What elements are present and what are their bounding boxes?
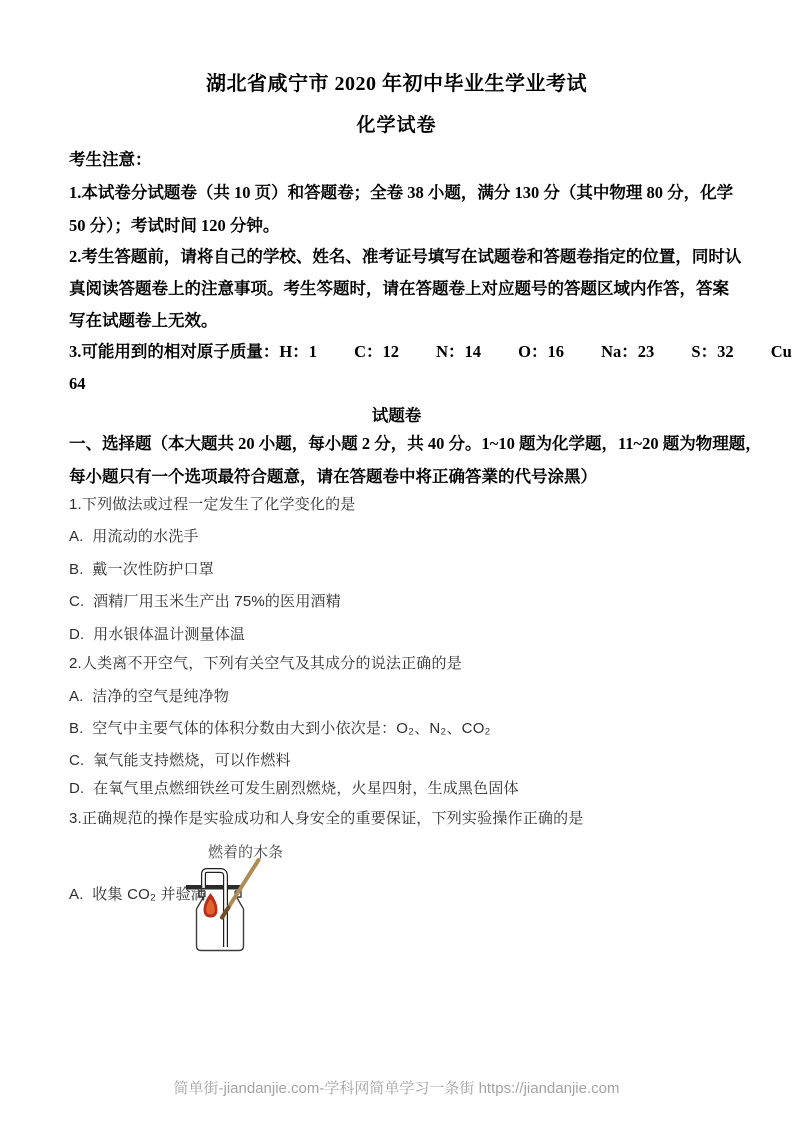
page-title: 湖北省咸宁市 2020 年初中毕业生学业考试	[0, 72, 793, 97]
question2-stem: 2.人类离不开空气，下列有关空气及其成分的说法正确的是	[69, 655, 462, 674]
exam-paper-page: 湖北省咸宁市 2020 年初中毕业生学业考试 化学试卷 考生注意： 1.本试卷分…	[0, 0, 793, 1122]
question1-option-a: A. 用流动的水洗手	[69, 528, 199, 547]
question3-option-a-label: A. 收集 CO₂ 并验满	[69, 886, 206, 905]
gas-collection-diagram	[180, 853, 305, 959]
notice-item1-line1: 1.本试卷分试题卷（共 10 页）和答题卷；全卷 38 小题，满分 130 分（…	[69, 183, 733, 204]
question2-option-b: B. 空气中主要气体的体积分数由大到小依次是：O₂、N₂、CO₂	[69, 720, 491, 739]
section-label: 试题卷	[0, 406, 793, 427]
question1-option-d: D. 用水银体温计测量体温	[69, 626, 245, 645]
notice-item1-line2: 50 分）；考试时间 120 分钟。	[69, 216, 279, 237]
page-subtitle: 化学试卷	[0, 114, 793, 138]
notice-item3-line2: 64	[69, 374, 86, 395]
notice-item2-line2: 真阅读答题卷上的注意事项。考生笒题时，请在答题卷上对应题号的答题区域内作答，答案	[69, 279, 729, 300]
site-watermark: 简单街-jiandanjie.com-学科网简单学习一条街 https://ji…	[0, 1077, 793, 1098]
question2-option-c: C. 氧气能支持燃烧，可以作燃料	[69, 752, 291, 771]
section1-heading-line1: 一、选择题（本大题共 20 小题，每小题 2 分，共 40 分。1~10 题为化…	[69, 434, 762, 455]
notice-heading: 考生注意：	[69, 150, 152, 171]
section1-heading-line2: 每小题只有一个选项最符合题意，请在答题卷中将正确答業的代号涂黑）	[69, 467, 597, 488]
question1-stem: 1.下列做法或过程一定发生了化学变化的是	[69, 496, 356, 515]
notice-item2-line1: 2.考生答题前，请将自己的学校、姓名、准考证号填写在试题卷和答题卷指定的位置，同…	[69, 247, 741, 268]
question1-option-b: B. 戴一次性防护口罩	[69, 561, 214, 580]
notice-item3-line1: 3.可能用到的相对原子质量：H：1 C：12 N：14 O：16 Na：23 S…	[69, 342, 793, 363]
question1-option-c: C. 酒精厂用玉米生产出 75%的医用酒精	[69, 593, 341, 612]
notice-item2-line3: 写在试题卷上无效。	[69, 311, 218, 332]
question2-option-d: D. 在氧气里点燃细铁丝可发生剧烈燃烧，火星四射，生成黑色固体	[69, 780, 519, 799]
question3-stem: 3.正确规范的操作是实验成功和人身安全的重要保证，下列实验操作正确的是	[69, 810, 584, 829]
question2-option-a: A. 洁净的空气是纯净物	[69, 688, 229, 707]
